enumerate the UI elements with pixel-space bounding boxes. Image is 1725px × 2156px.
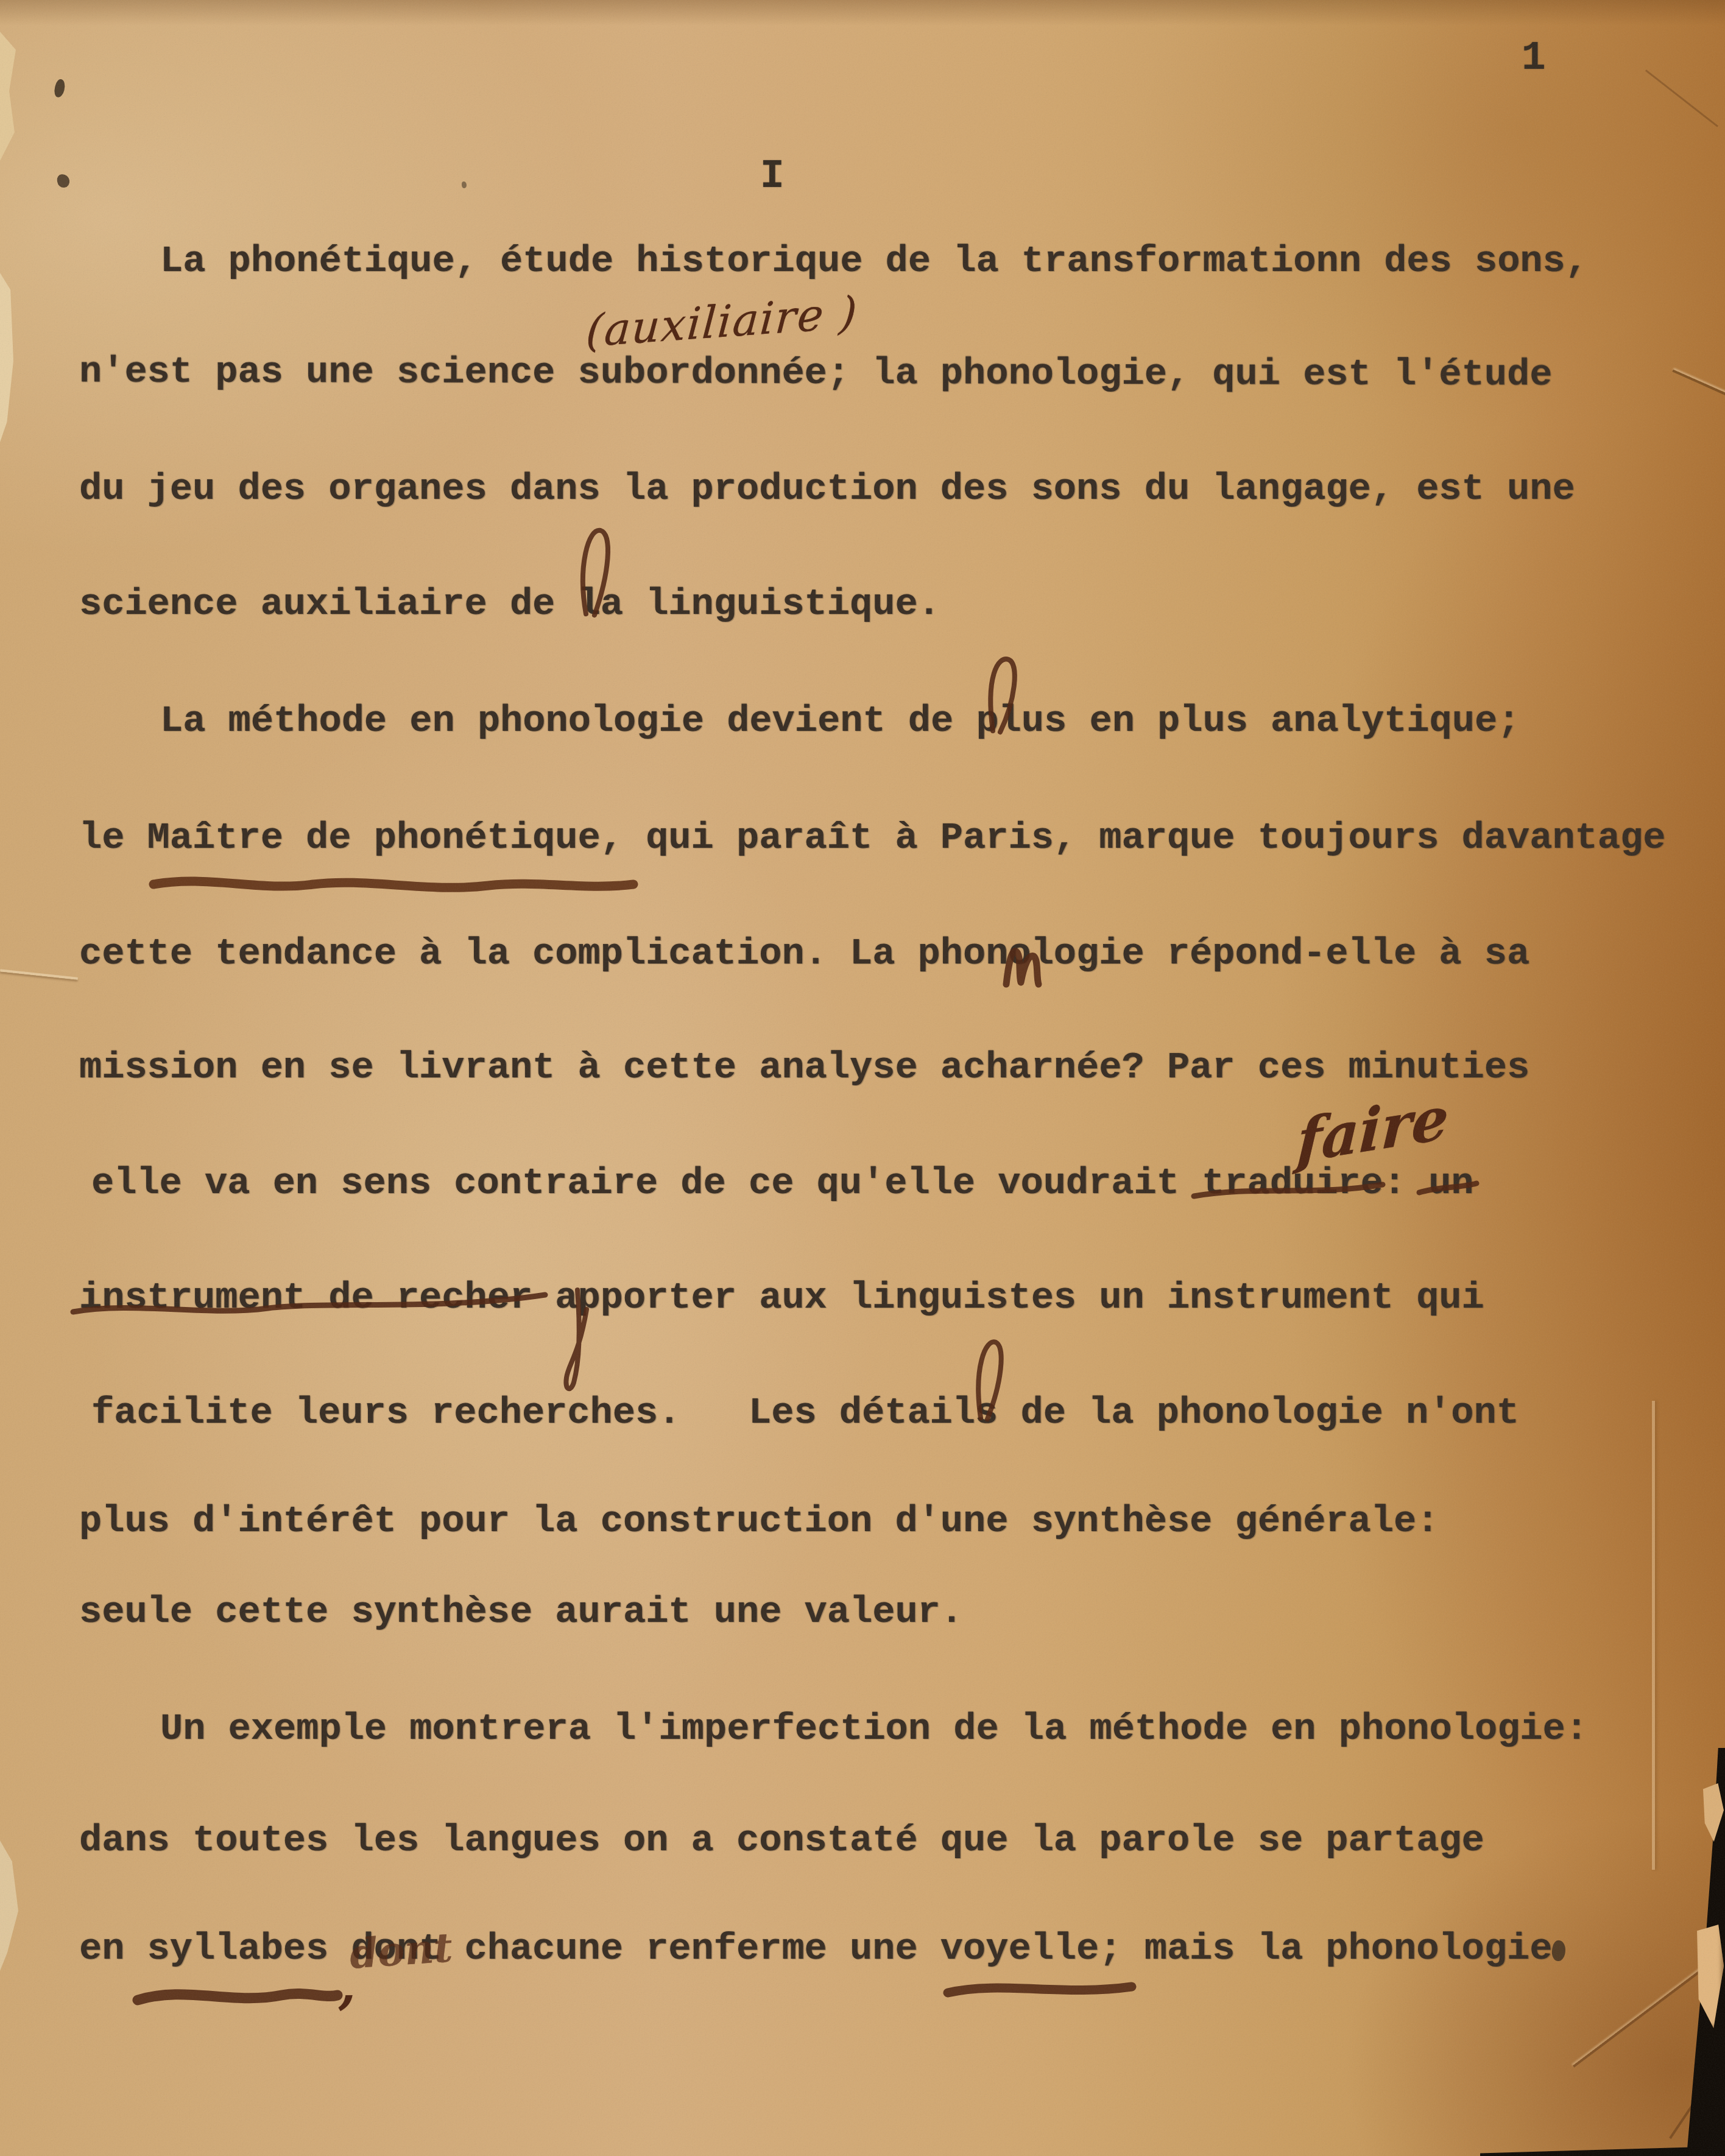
typed-line-7: cette tendance à la complication. La pho… xyxy=(79,935,1529,973)
typed-line-16: en syllabes dont chacune renferme une vo… xyxy=(79,1930,1552,1968)
section-heading: I xyxy=(760,153,785,199)
typed-line-5: La méthode en phonologie devient de plus… xyxy=(160,702,1520,740)
typed-line-3: du jeu des organes dans la production de… xyxy=(79,470,1575,508)
typed-line-13: seule cette synthèse aurait une valeur. xyxy=(79,1593,963,1631)
typed-line-10: instrument de recher apporter aux lingui… xyxy=(79,1279,1484,1317)
typed-line-15: dans toutes les langues on a constaté qu… xyxy=(79,1822,1484,1859)
typed-line-9: elle va en sens contraire de ce qu'elle … xyxy=(91,1164,1474,1202)
typed-text-layer: 1 I La phonétique, étude historique de l… xyxy=(0,0,1725,2156)
page-number: 1 xyxy=(1522,35,1546,81)
handwritten-inserted-comma: , xyxy=(339,1957,356,2015)
typed-line-1: La phonétique, étude historique de la tr… xyxy=(160,242,1588,280)
typed-line-11: facilite leurs recherches. Les détails d… xyxy=(91,1394,1519,1432)
typed-line-12: plus d'intérêt pour la construction d'un… xyxy=(79,1503,1439,1540)
typed-line-6: le Maître de phonétique, qui paraît à Pa… xyxy=(79,819,1665,857)
typed-line-4: science auxiliaire de la linguistique. xyxy=(79,585,940,623)
manuscript-page: 1 I La phonétique, étude historique de l… xyxy=(0,0,1725,2156)
typed-line-2: n'est pas une science subordonnée; la ph… xyxy=(79,353,1553,393)
typed-line-8: mission en se livrant à cette analyse ac… xyxy=(79,1049,1529,1087)
handwritten-dont-overlay: dont xyxy=(348,1923,454,1978)
typed-line-14: Un exemple montrera l'imperfection de la… xyxy=(160,1710,1588,1748)
